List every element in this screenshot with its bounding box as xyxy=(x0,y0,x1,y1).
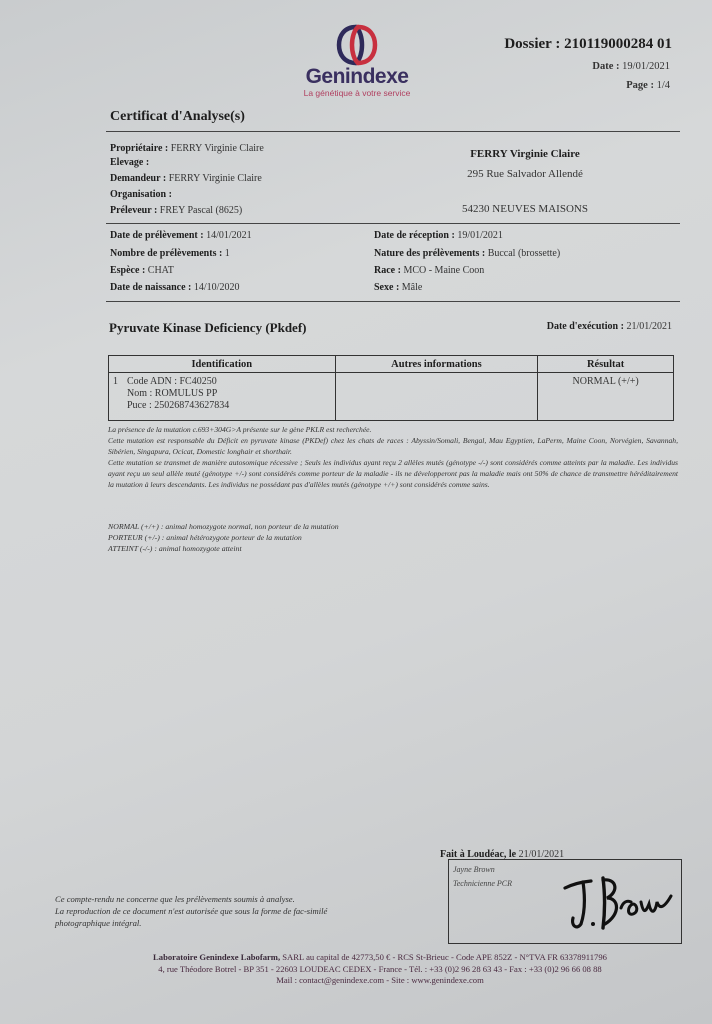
table-header-row: Identification Autres informations Résul… xyxy=(109,356,674,373)
divider xyxy=(106,223,680,224)
genindexe-logo-icon xyxy=(334,24,380,66)
footer-contact: Mail : contact@genindexe.com - Site : ww… xyxy=(60,975,700,987)
field-proprietaire: Propriétaire : FERRY Virginie Claire xyxy=(110,143,264,154)
date-label: Date : xyxy=(592,61,619,72)
field-organisation: Organisation : xyxy=(110,189,172,200)
row-index: 1 xyxy=(113,376,127,412)
address-name: FERRY Virginie Claire xyxy=(420,148,630,160)
lab-name: Laboratoire Genindexe Labofarm, xyxy=(153,952,280,962)
signatory-name: Jayne Brown xyxy=(453,865,495,874)
field-elevage: Elevage : xyxy=(110,157,149,168)
header-identification: Identification xyxy=(109,356,336,373)
table-row: 1 Code ADN : FC40250 Nom : ROMULUS PP Pu… xyxy=(109,373,674,421)
test-title: Pyruvate Kinase Deficiency (Pkdef) xyxy=(109,320,306,336)
certificate-page: Genindexe La génétique à votre service D… xyxy=(0,0,712,1024)
field-race: Race : MCO - Maine Coon xyxy=(374,265,484,276)
disclaimer: Ce compte-rendu ne concerne que les prél… xyxy=(55,893,327,929)
certificate-title: Certificat d'Analyse(s) xyxy=(110,109,245,125)
address-street: 295 Rue Salvador Allendé xyxy=(420,168,630,180)
genindexe-logo: Genindexe La génétique à votre service xyxy=(292,24,422,98)
animal-name: Nom : ROMULUS PP xyxy=(127,388,229,400)
signature-box: Jayne Brown Technicienne PCR xyxy=(448,859,682,944)
legend-porteur: PORTEUR (+/-) : animal hétérozygote port… xyxy=(108,532,339,543)
field-nature-prelevements: Nature des prélèvements : Buccal (brosse… xyxy=(374,248,560,259)
dossier-number: Dossier : 210119000284 01 xyxy=(504,36,672,53)
lab-footer: Laboratoire Genindexe Labofarm, SARL au … xyxy=(60,952,700,987)
legend-atteint: ATTEINT (-/-) : animal homozygote attein… xyxy=(108,543,339,554)
page-number: Page : 1/4 xyxy=(626,80,670,91)
execution-date: Date d'exécution : 21/01/2021 xyxy=(547,321,672,332)
microchip: Puce : 250268743627834 xyxy=(127,400,229,412)
field-date-naissance: Date de naissance : 14/10/2020 xyxy=(110,282,239,293)
field-espece: Espèce : CHAT xyxy=(110,265,174,276)
date-value: 19/01/2021 xyxy=(622,61,670,72)
address-city: 54230 NEUVES MAISONS xyxy=(420,203,630,215)
logo-tagline: La génétique à votre service xyxy=(292,88,422,98)
handwritten-signature-icon xyxy=(561,868,676,938)
field-date-prelevement: Date de prélèvement : 14/01/2021 xyxy=(110,230,252,241)
page-label: Page : xyxy=(626,80,654,91)
field-date-reception: Date de réception : 19/01/2021 xyxy=(374,230,503,241)
code-adn: Code ADN : FC40250 xyxy=(127,376,229,388)
field-demandeur: Demandeur : FERRY Virginie Claire xyxy=(110,173,262,184)
document-date: Date : 19/01/2021 xyxy=(592,61,670,72)
signatory-role: Technicienne PCR xyxy=(453,879,512,888)
description-paragraph: Cette mutation se transmet de manière au… xyxy=(108,457,678,490)
dossier-label: Dossier : xyxy=(504,36,560,52)
field-nombre-prelevements: Nombre de prélèvements : 1 xyxy=(110,248,230,259)
divider xyxy=(106,301,680,302)
field-sexe: Sexe : Mâle xyxy=(374,282,422,293)
legend-normal: NORMAL (+/+) : animal homozygote normal,… xyxy=(108,521,339,532)
cell-identification: 1 Code ADN : FC40250 Nom : ROMULUS PP Pu… xyxy=(109,373,336,421)
footer-line-1: Laboratoire Genindexe Labofarm, SARL au … xyxy=(60,952,700,964)
dossier-value: 210119000284 01 xyxy=(564,36,672,52)
field-preleveur: Préleveur : FREY Pascal (8625) xyxy=(110,205,242,216)
divider xyxy=(106,131,680,132)
mutation-description: La présence de la mutation c.693+304G>A … xyxy=(108,424,678,490)
header-resultat: Résultat xyxy=(538,356,674,373)
description-paragraph: Cette mutation est responsable du Défici… xyxy=(108,435,678,457)
logo-name: Genindexe xyxy=(292,66,422,88)
page-value: 1/4 xyxy=(657,80,670,91)
cell-autres-informations xyxy=(335,373,538,421)
cell-resultat: NORMAL (+/+) xyxy=(538,373,674,421)
footer-line-2: 4, rue Théodore Botrel - BP 351 - 22603 … xyxy=(60,964,700,976)
header-autres-informations: Autres informations xyxy=(335,356,538,373)
results-table: Identification Autres informations Résul… xyxy=(108,355,674,421)
genotype-legend: NORMAL (+/+) : animal homozygote normal,… xyxy=(108,521,339,554)
description-paragraph: La présence de la mutation c.693+304G>A … xyxy=(108,424,678,435)
